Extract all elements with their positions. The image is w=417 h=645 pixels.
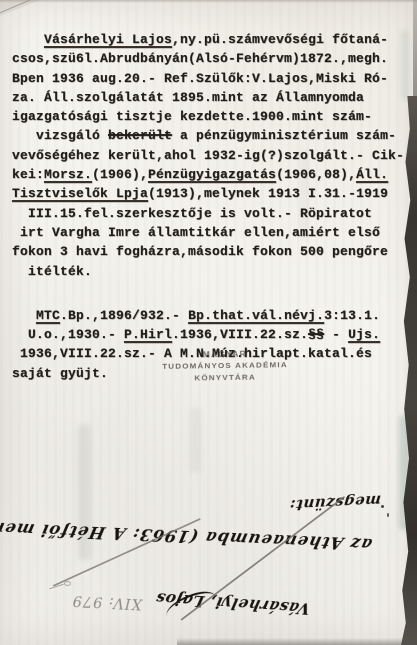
- typed-text: igazgatósági tisztje kezdette.1900.mint …: [12, 109, 372, 124]
- typed-text: -: [324, 327, 348, 342]
- typed-text: irt Vargha Imre államtitkár ellen,amiért…: [12, 225, 380, 240]
- typed-text: a pénzügyminisztérium szám-: [172, 128, 396, 143]
- ink-bleedthrough-smudge: [190, 408, 201, 473]
- underlined-text: Morsz.: [44, 167, 92, 182]
- typed-text: itélték.: [12, 264, 92, 279]
- typed-text: [12, 32, 44, 47]
- underlined-text: Vásárhelyi Lajos: [44, 32, 172, 47]
- struck-out-text: bekerült: [108, 128, 172, 143]
- typed-text: .1936,VIII.22.sz.: [172, 327, 308, 342]
- underlined-text: Ujs.: [348, 327, 380, 342]
- typed-text: Bpen 1936 aug.20.- Ref.Szülők:V.Lajos,Mi…: [12, 71, 388, 86]
- typed-line: vizsgáló bekerült a pénzügyminisztérium …: [12, 126, 410, 145]
- typed-text: ,ny.pü.számvevőségi főtaná-: [172, 32, 388, 47]
- underlined-text: MTC: [36, 308, 60, 323]
- library-stamp: MAGYAR TUDOMÁNYOS AKADÉMIA KÖNYVTÁRA: [130, 347, 320, 386]
- typed-text: III.15.fel.szerkesztője is volt.- Röpira…: [12, 206, 372, 221]
- typed-text: vevőségéhez került,ahol 1932-ig(?)szolgá…: [12, 148, 404, 163]
- typed-text: [12, 308, 36, 323]
- typed-text: saját gyüjt.: [12, 366, 108, 381]
- typed-line: csos,szü6l.Abrudbányán(Alsó-Fehérvm)1872…: [12, 49, 410, 68]
- typed-text: fokon 3 havi fogházra,második fokon 500 …: [12, 244, 388, 259]
- typed-text: za. Áll.szolgálatát 1895.mint az Államny…: [12, 90, 364, 105]
- catalog-card-scan: Vásárhelyi Lajos,ny.pü.számvevőségi főta…: [0, 0, 417, 645]
- typed-text-block: Vásárhelyi Lajos,ny.pü.számvevőségi főta…: [12, 30, 410, 383]
- card-bottom-edge-shadow: [177, 638, 417, 645]
- ink-dot: [387, 513, 389, 517]
- typed-text: 3:13.1.: [324, 308, 380, 323]
- typed-line: Tisztviselők Lpja(1913),melynek 1913 I.3…: [12, 184, 410, 203]
- typed-line: U.o.,1930.- P.Hirl.1936,VIII.22.sz.§§ - …: [12, 325, 410, 344]
- underlined-text: P.Hirl: [124, 327, 172, 342]
- typed-line: itélték.: [12, 262, 410, 281]
- typed-line: Bpen 1936 aug.20.- Ref.Szülők:V.Lajos,Mi…: [12, 69, 410, 88]
- ink-dot: [381, 505, 384, 508]
- typed-text: csos,szü6l.Abrudbányán(Alsó-Fehérvm)1872…: [12, 51, 388, 66]
- card-top-edge-shadow: [0, 0, 417, 3]
- handwritten-note-top: megszünt:: [280, 491, 381, 514]
- typed-line: fokon 3 havi fogházra,második fokon 500 …: [12, 242, 410, 261]
- typed-text: .Bp.,1896/932.-: [60, 308, 188, 323]
- typed-line: kei:Morsz.(1906),Pénzügyigazgatás(1906,0…: [12, 165, 410, 184]
- handwritten-note-middle: az Athenaeumba (1963: A Hétfői ment: [14, 519, 374, 553]
- underlined-text: Tisztviselők Lpja: [12, 186, 148, 201]
- typed-line: igazgatósági tisztje kezdette.1900.mint …: [12, 107, 410, 126]
- typed-line: MTC.Bp.,1896/932.- Bp.that.vál.névj.3:13…: [12, 306, 410, 325]
- typed-text: (1913),melynek 1913 I.31.-1919: [148, 186, 388, 201]
- typed-line: vevőségéhez került,ahol 1932-ig(?)szolgá…: [12, 146, 410, 165]
- underlined-text: Pénzügyigazgatás: [148, 167, 276, 182]
- underlined-text: Bp.that.vál.névj.: [188, 308, 324, 323]
- underlined-text: Áll.: [356, 167, 388, 182]
- stamp-line: KÖNYVTÁRA: [130, 371, 320, 385]
- typed-line: III.15.fel.szerkesztője is volt.- Röpira…: [12, 204, 410, 223]
- typed-text: vizsgáló: [12, 128, 108, 143]
- typed-line: za. Áll.szolgálatát 1895.mint az Államny…: [12, 88, 410, 107]
- typed-text: (1906,08),: [276, 167, 356, 182]
- typed-text: U.o.,1930.-: [12, 327, 124, 342]
- pencil-shelfmark-note: XIV: 979: [42, 590, 143, 611]
- struck-out-text: §§: [308, 327, 324, 342]
- typed-text: kei:: [12, 167, 44, 182]
- biography-paragraph: Vásárhelyi Lajos,ny.pü.számvevőségi főta…: [12, 30, 410, 281]
- typed-line: Vásárhelyi Lajos,ny.pü.számvevőségi főta…: [12, 30, 410, 49]
- pencil-squiggle: [64, 581, 71, 586]
- typed-text: (1906),: [92, 167, 148, 182]
- card-right-edge-shadow: [413, 0, 417, 100]
- typed-line: irt Vargha Imre államtitkár ellen,amiért…: [12, 223, 410, 242]
